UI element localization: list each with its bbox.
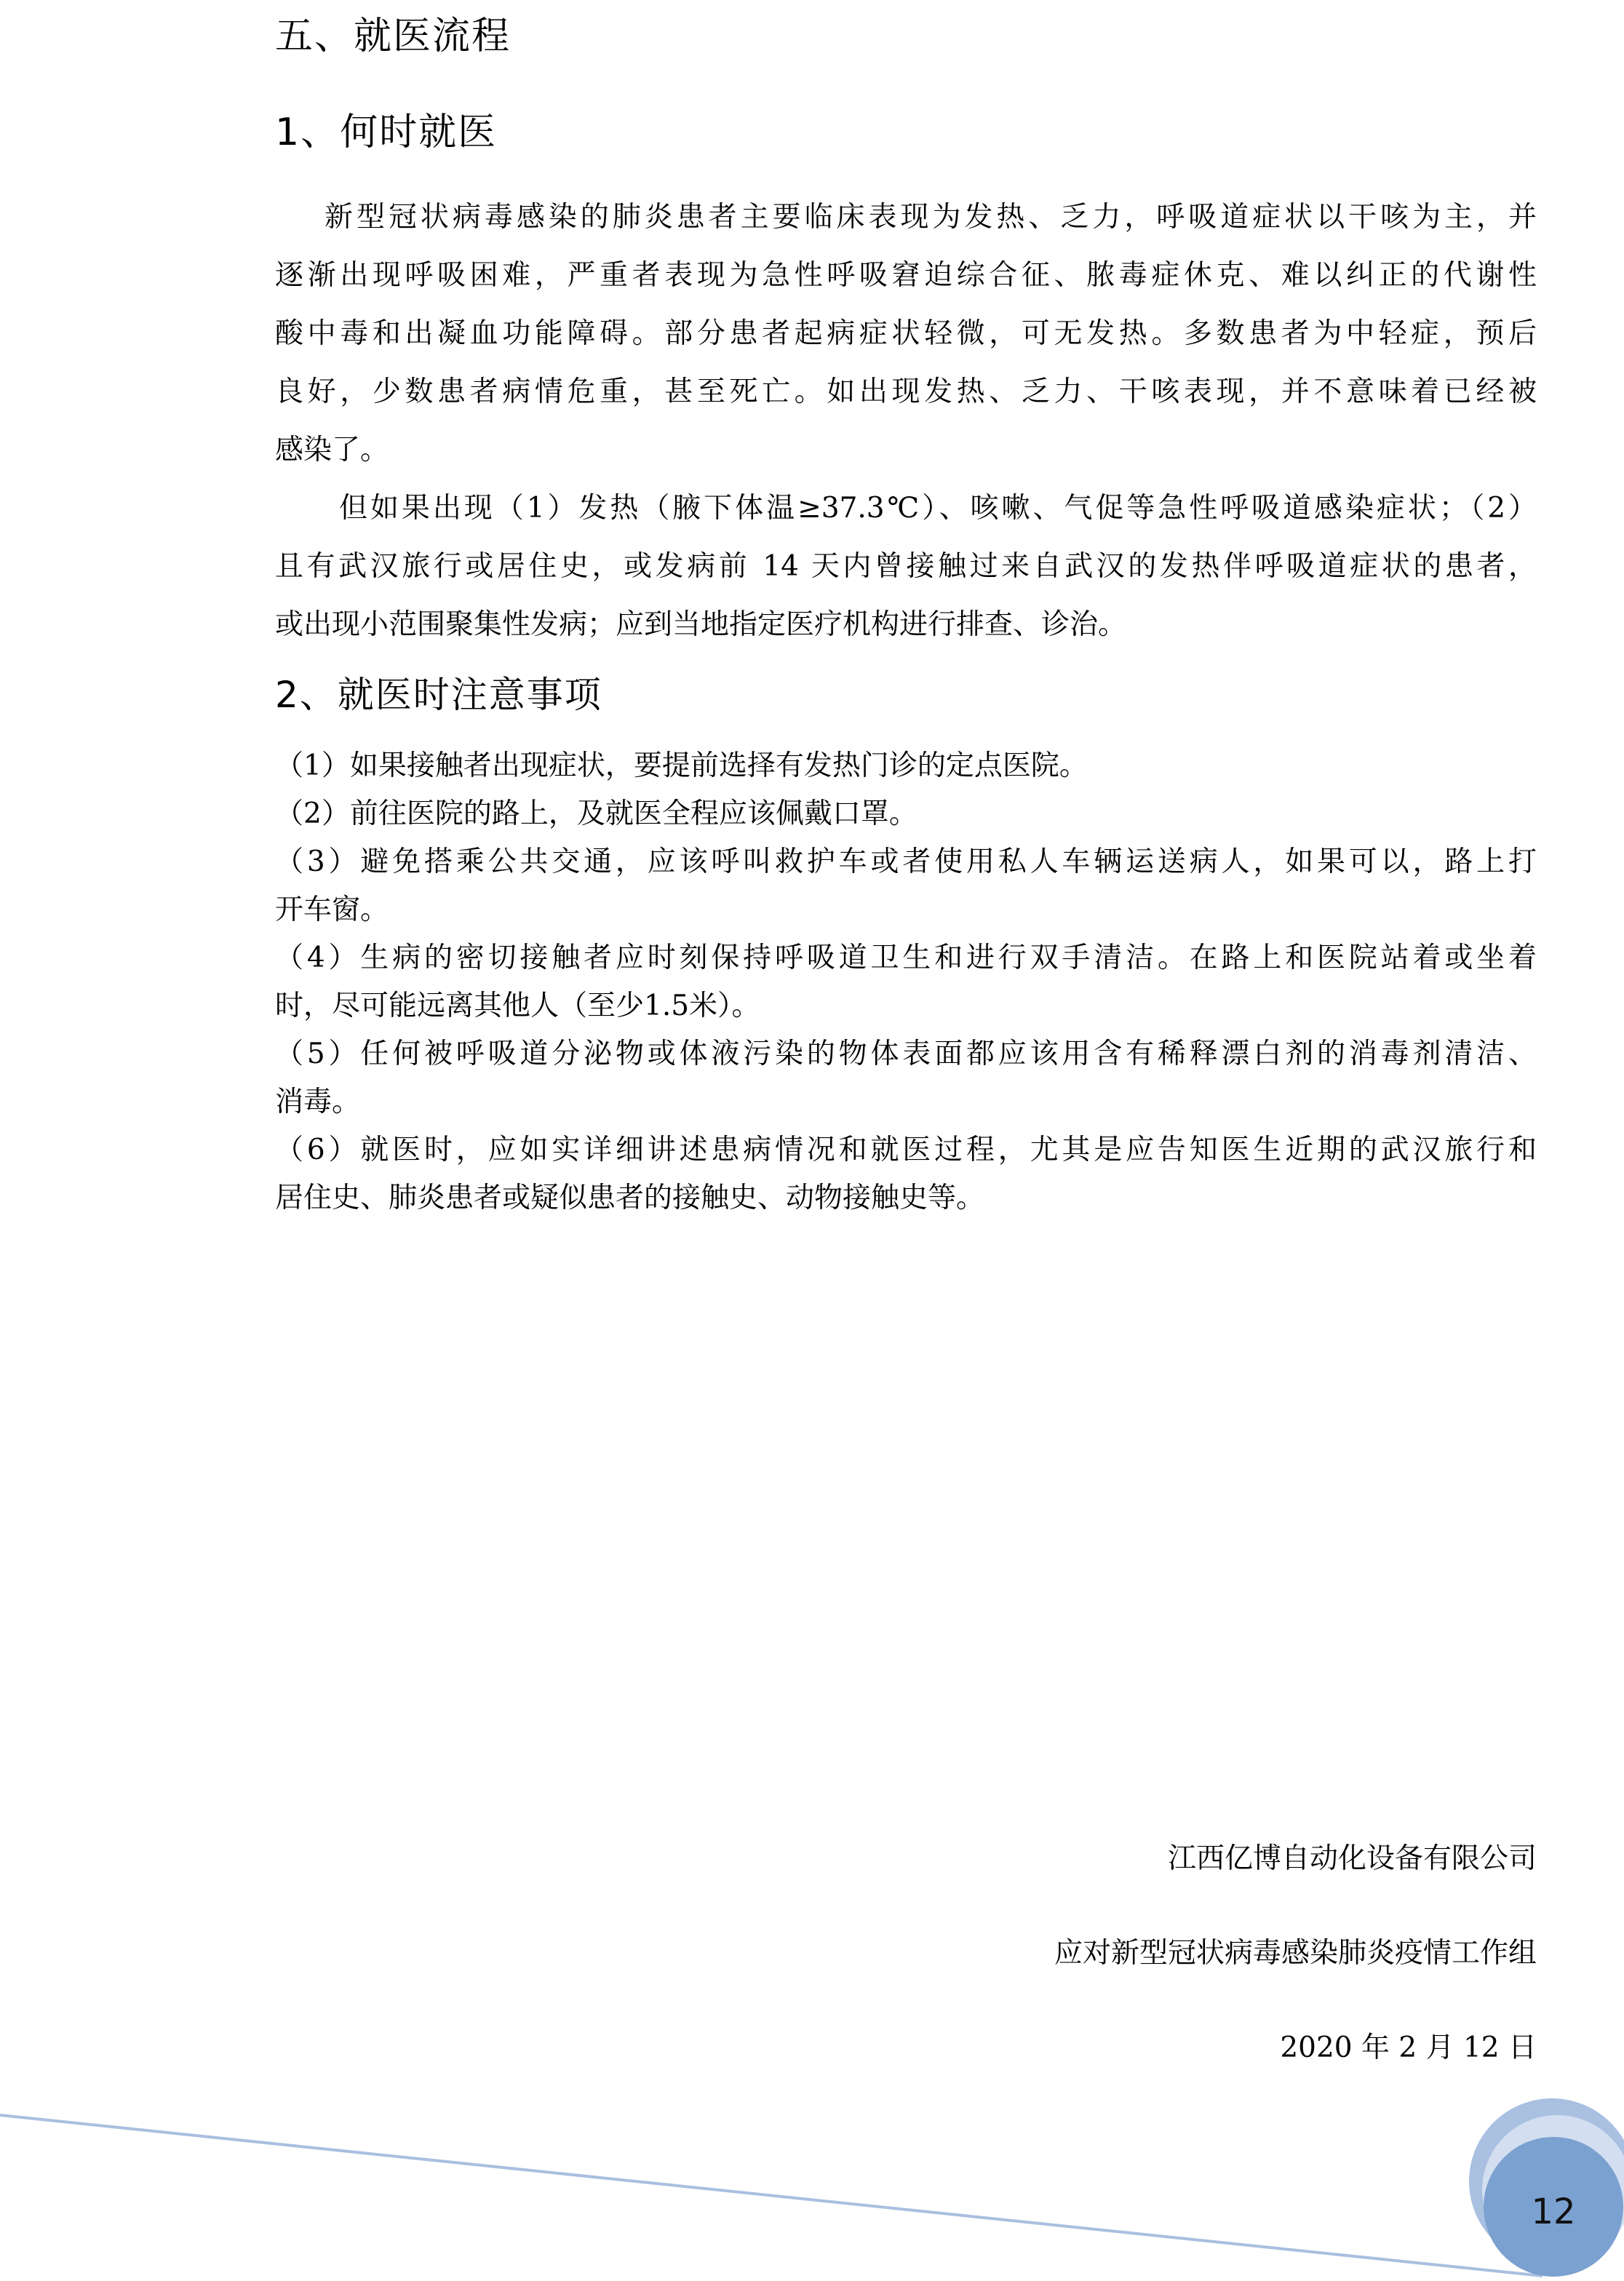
list-item-5-cont: 消毒。: [275, 1084, 1537, 1120]
signature-company: 江西亿博自动化设备有限公司: [1168, 1841, 1537, 1877]
paragraph-line: 酸中毒和出凝血功能障碍。部分患者起病症状轻微，可无发热。多数患者为中轻症，预后: [275, 316, 1537, 352]
page-number: 12: [1499, 2190, 1608, 2234]
list-item-2: （2）前往医院的路上，及就医全程应该佩戴口罩。: [275, 796, 1537, 832]
paragraph-line: 新型冠状病毒感染的肺炎患者主要临床表现为发热、乏力，呼吸道症状以干咳为主，并: [275, 199, 1537, 236]
list-item-3: （3）避免搭乘公共交通，应该呼叫救护车或者使用私人车辆运送病人，如果可以，路上打: [275, 844, 1537, 880]
list-item-4: （4）生病的密切接触者应时刻保持呼吸道卫生和进行双手清洁。在路上和医院站着或坐着: [275, 940, 1537, 976]
footer-swoosh-line: [0, 2115, 1543, 2276]
signature-date: 2020 年 2 月 12 日: [1280, 2030, 1537, 2066]
list-item-4-cont: 时，尽可能远离其他人（至少1.5米）。: [275, 988, 1537, 1024]
paragraph-line: 感染了。: [275, 432, 1537, 469]
list-item-3-cont: 开车窗。: [275, 892, 1537, 928]
document-page: 五、就医流程 1、何时就医 新型冠状病毒感染的肺炎患者主要临床表现为发热、乏力，…: [0, 0, 1624, 2281]
footer-decoration: [0, 2066, 1624, 2281]
paragraph-line: 但如果出现（1）发热（腋下体温≥37.3℃）、咳嗽、气促等急性呼吸道感染症状；（…: [275, 490, 1537, 527]
list-item-1: （1）如果接触者出现症状，要提前选择有发热门诊的定点医院。: [275, 748, 1537, 784]
list-item-5: （5）任何被呼吸道分泌物或体液污染的物体表面都应该用含有稀释漂白剂的消毒剂清洁、: [275, 1036, 1537, 1072]
subsection-2-title: 2、就医时注意事项: [275, 673, 602, 717]
signature-group: 应对新型冠状病毒感染肺炎疫情工作组: [1054, 1935, 1537, 1972]
list-item-6-cont: 居住史、肺炎患者或疑似患者的接触史、动物接触史等。: [275, 1180, 1537, 1217]
section-title: 五、就医流程: [275, 15, 511, 58]
paragraph-line: 良好，少数患者病情危重，甚至死亡。如出现发热、乏力、干咳表现，并不意味着已经被: [275, 374, 1537, 410]
paragraph-line: 或出现小范围聚集性发病；应到当地指定医疗机构进行排查、诊治。: [275, 607, 1537, 643]
paragraph-line: 且有武汉旅行或居住史，或发病前 14 天内曾接触过来自武汉的发热伴呼吸道症状的患…: [275, 549, 1537, 585]
subsection-1-title: 1、何时就医: [275, 111, 497, 154]
paragraph-line: 逐渐出现呼吸困难，严重者表现为急性呼吸窘迫综合征、脓毒症休克、难以纠正的代谢性: [275, 258, 1537, 294]
list-item-6: （6）就医时，应如实详细讲述患病情况和就医过程，尤其是应告知医生近期的武汉旅行和: [275, 1132, 1537, 1169]
